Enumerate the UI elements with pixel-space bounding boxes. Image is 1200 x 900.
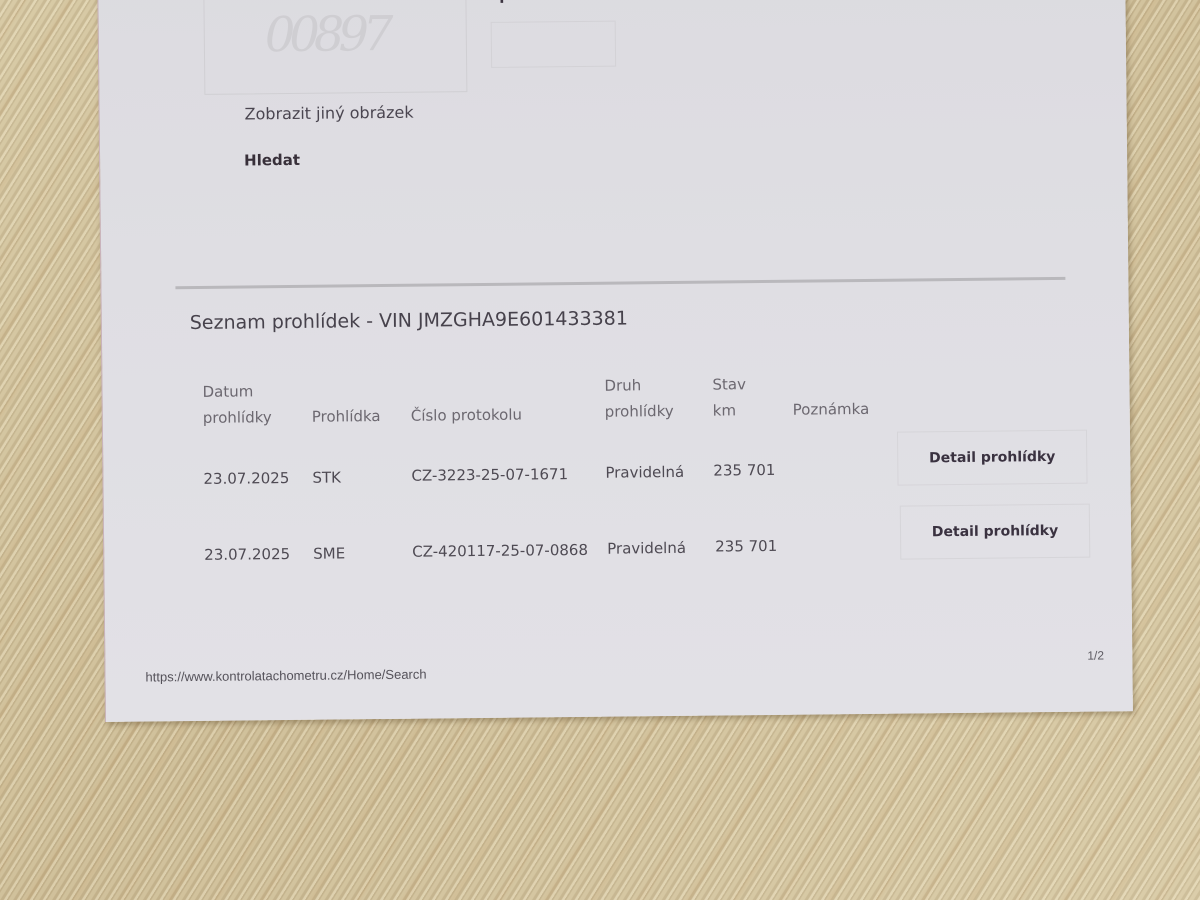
column-header-note: Poznámka [792, 370, 869, 423]
printed-page: 00897 Opište kód z obrázku Zobrazit jiný… [97, 0, 1133, 722]
refresh-captcha-link[interactable]: Zobrazit jiný obrázek [245, 103, 414, 124]
captcha-input[interactable] [491, 21, 616, 68]
column-header-kind: Druhprohlídky [604, 372, 673, 425]
cell-date: 23.07.2025 [204, 545, 290, 564]
cell-type: STK [312, 468, 341, 486]
page-number: 1/2 [1087, 648, 1104, 662]
column-header-inspection: Prohlídka [311, 377, 380, 430]
cell-date: 23.07.2025 [203, 469, 289, 488]
cell-kind: Pravidelná [605, 463, 684, 482]
captcha-image: 00897 [203, 0, 467, 95]
column-header-protocol: Číslo protokolu [410, 376, 522, 429]
inspections-title: Seznam prohlídek - VIN JMZGHA9E601433381 [190, 307, 628, 334]
detail-button[interactable]: Detail prohlídky [900, 504, 1091, 560]
section-divider [175, 277, 1065, 289]
captcha-label: Opište kód z obrázku [486, 0, 664, 4]
cell-km: 235 701 [713, 461, 775, 480]
footer-url: https://www.kontrolatachometru.cz/Home/S… [145, 667, 426, 685]
cell-protocol: CZ-420117-25-07-0868 [412, 541, 588, 561]
captcha-text: 00897 [265, 6, 388, 63]
search-button[interactable]: Hledat [244, 151, 300, 170]
cell-protocol: CZ-3223-25-07-1671 [411, 465, 568, 485]
cell-km: 235 701 [715, 537, 777, 556]
column-header-km: Stavkm [712, 371, 746, 423]
column-header-date: Datumprohlídky [202, 378, 271, 431]
cell-type: SME [313, 544, 345, 562]
cell-kind: Pravidelná [607, 539, 686, 558]
detail-button[interactable]: Detail prohlídky [897, 430, 1088, 486]
